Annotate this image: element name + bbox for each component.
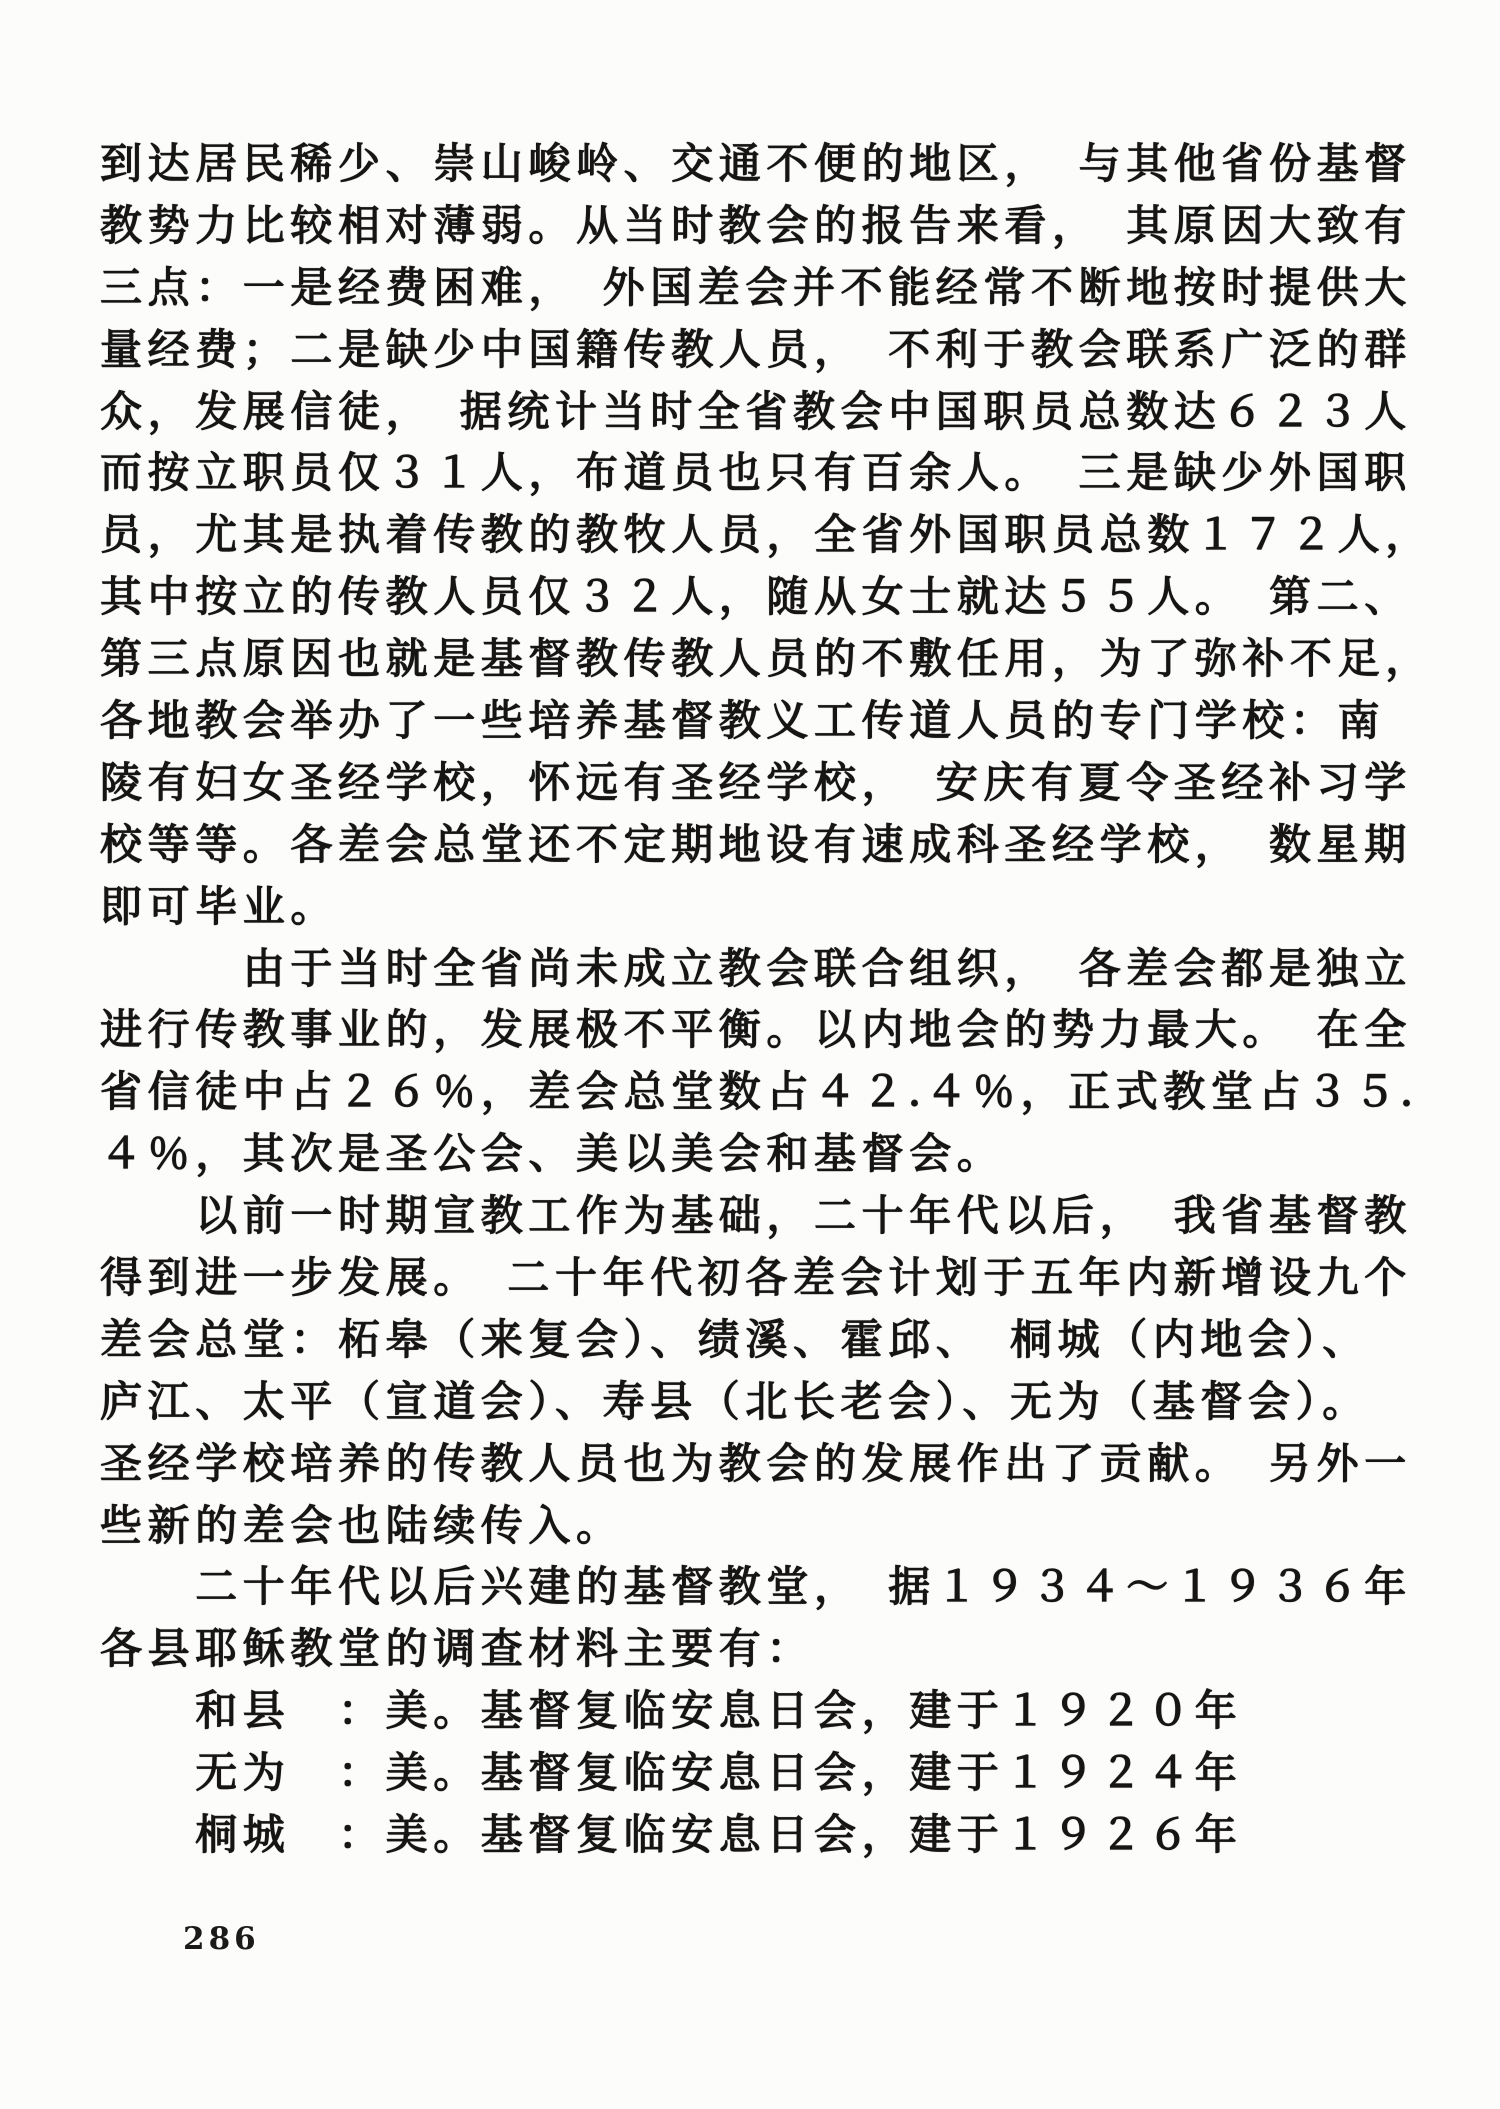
text-line: 桐城 ：美。基督复临安息日会，建于１９２６年: [100, 1806, 1445, 1868]
text-line: 到达居民稀少、崇山峻岭、交通不便的地区， 与其他省份基督: [100, 135, 1445, 197]
text-line: 庐江、太平（宣道会）、寿县（北长老会）、无为（基督会）。: [100, 1373, 1445, 1435]
body-text-block: 到达居民稀少、崇山峻岭、交通不便的地区， 与其他省份基督 教势力比较相对薄弱。从…: [100, 135, 1445, 1868]
text-line: 以前一时期宣教工作为基础，二十年代以后， 我省基督教: [100, 1187, 1445, 1249]
text-line: 众，发展信徒， 据统计当时全省教会中国职员总数达６２３人: [100, 383, 1445, 445]
text-line: 教势力比较相对薄弱。从当时教会的报告来看， 其原因大致有: [100, 197, 1445, 259]
text-line: 无为 ：美。基督复临安息日会，建于１９２４年: [100, 1744, 1445, 1806]
text-line: 各地教会举办了一些培养基督教义工传道人员的专门学校：南: [100, 692, 1445, 754]
text-line: 量经费；二是缺少中国籍传教人员， 不利于教会联系广泛的群: [100, 321, 1445, 383]
text-line: 差会总堂：柘皋（来复会）、绩溪、霍邱、 桐城（内地会）、: [100, 1311, 1445, 1373]
text-line: 由于当时全省尚未成立教会联合组织， 各差会都是独立: [100, 940, 1445, 1002]
page-number: 286: [183, 1921, 260, 1957]
text-line: 进行传教事业的，发展极不平衡。以内地会的势力最大。 在全: [100, 1001, 1445, 1063]
text-line: 二十年代以后兴建的基督教堂， 据１９３４～１９３６年: [100, 1558, 1445, 1620]
text-line: 省信徒中占２６％，差会总堂数占４２.４％，正式教堂占３５.: [100, 1063, 1445, 1125]
text-line: 第三点原因也就是基督教传教人员的不敷任用，为了弥补不足，: [100, 630, 1445, 692]
text-line: 得到进一步发展。 二十年代初各差会计划于五年内新增设九个: [100, 1249, 1445, 1311]
text-line: 校等等。各差会总堂还不定期地设有速成科圣经学校， 数星期: [100, 816, 1445, 878]
text-line: 和县 ：美。基督复临安息日会，建于１９２０年: [100, 1682, 1445, 1744]
text-line: 陵有妇女圣经学校，怀远有圣经学校， 安庆有夏令圣经补习学: [100, 754, 1445, 816]
text-line: 即可毕业。: [100, 878, 1445, 940]
text-line: ４％，其次是圣公会、美以美会和基督会。: [100, 1125, 1445, 1187]
text-line: 些新的差会也陆续传入。: [100, 1497, 1445, 1559]
text-line: 各县耶稣教堂的调查材料主要有：: [100, 1620, 1445, 1682]
text-line: 圣经学校培养的传教人员也为教会的发展作出了贡献。 另外一: [100, 1435, 1445, 1497]
scanned-book-page: 到达居民稀少、崇山峻岭、交通不便的地区， 与其他省份基督 教势力比较相对薄弱。从…: [0, 0, 1500, 2109]
text-line: 员，尤其是执着传教的教牧人员，全省外国职员总数１７２人，: [100, 506, 1445, 568]
text-line: 而按立职员仅３１人，布道员也只有百余人。 三是缺少外国职: [100, 444, 1445, 506]
text-line: 其中按立的传教人员仅３２人，随从女士就达５５人。 第二、: [100, 568, 1445, 630]
text-line: 三点：一是经费困难， 外国差会并不能经常不断地按时提供大: [100, 259, 1445, 321]
